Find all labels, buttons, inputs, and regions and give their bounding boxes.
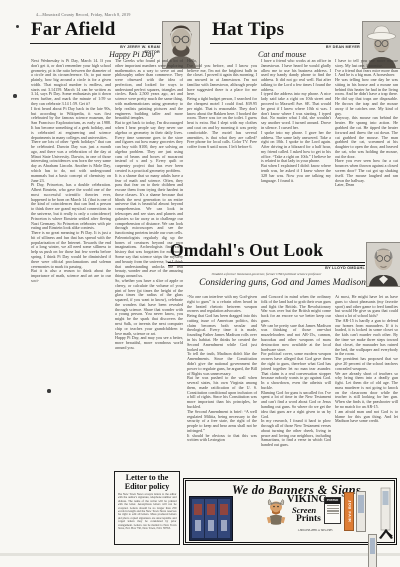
ad-brand-viking: VIKING — [287, 495, 327, 506]
letter-policy-title: Letter to the Editor policy — [118, 474, 177, 491]
folio-line: 4—Mountrail County Record, Friday, March… — [36, 12, 131, 17]
banner-panel — [192, 499, 204, 538]
banner-panels-photo — [189, 496, 233, 541]
letter-policy-box: Letter to the Editor policy The New Town… — [114, 471, 180, 545]
omdahl-title: Omdahl's Out Look — [170, 242, 323, 260]
omdahl-column-title: Considering guns, God and James Madison — [175, 278, 390, 288]
job-fair-banner: JOB FAIR — [344, 492, 354, 531]
retractable-stand-graphic — [378, 487, 394, 539]
posted-sign-line — [327, 508, 339, 509]
posted-sign-line — [327, 505, 339, 506]
viking-mascot-icon — [266, 498, 286, 526]
omdahl-column-1: “No one can interfere with my God-given … — [187, 295, 257, 476]
posted-sign-line — [327, 510, 339, 511]
scan-speck — [13, 94, 17, 98]
banner-panel — [205, 499, 217, 538]
far-afield-column-title: Happy Pi Day — [57, 50, 207, 59]
newspaper-page: 4—Mountrail County Record, Friday, March… — [0, 0, 400, 567]
hat-tips-column-1: Hello, I've told you before, and I know … — [187, 59, 257, 234]
scan-speck — [16, 25, 19, 28]
posted-sign-label: POSTED — [325, 498, 340, 504]
posted-sign-line — [327, 513, 339, 514]
hat-tips-title: Hat Tips — [212, 20, 284, 39]
scan-smear — [0, 553, 400, 556]
banner-stand-graphic — [368, 534, 377, 567]
omdahl-column-2: and Concord in mind when the ordinary fo… — [261, 295, 331, 476]
posted-sign-graphic: POSTED — [324, 497, 341, 524]
hat-tips-column-3: I have to tell you one more mouse story.… — [335, 59, 398, 231]
far-afield-title: Far Afield — [31, 20, 116, 39]
omdahl-credit-line: Omdahl a former lieutenant governor, for… — [168, 272, 365, 276]
omdahl-byline: BY LLOYD OMDAHL — [240, 266, 365, 271]
banner-panel — [218, 499, 230, 538]
hat-tips-column-title: Cat and mouse — [207, 50, 357, 59]
far-afield-column-1: Next Wednesday is Pi Day, March 14. If y… — [31, 59, 111, 546]
letter-policy-body: The New Town News accepts letters to the… — [118, 493, 177, 541]
hat-tips-rule — [210, 43, 360, 45]
hat-tips-column-2: I have a friend who works at an office i… — [261, 59, 331, 234]
far-afield-rule — [30, 43, 161, 45]
ad-phone-line: 1-800-658-2885 or 663-2385 — [276, 528, 354, 532]
viking-screen-prints-ad: We do Banners & Signs VIKING Screen Prin… — [183, 478, 397, 545]
omdahl-column-3: At most, He might have let us have guns … — [335, 295, 398, 476]
banner-stand-graphic — [356, 491, 366, 532]
ad-brand-prints: Prints — [296, 515, 321, 525]
